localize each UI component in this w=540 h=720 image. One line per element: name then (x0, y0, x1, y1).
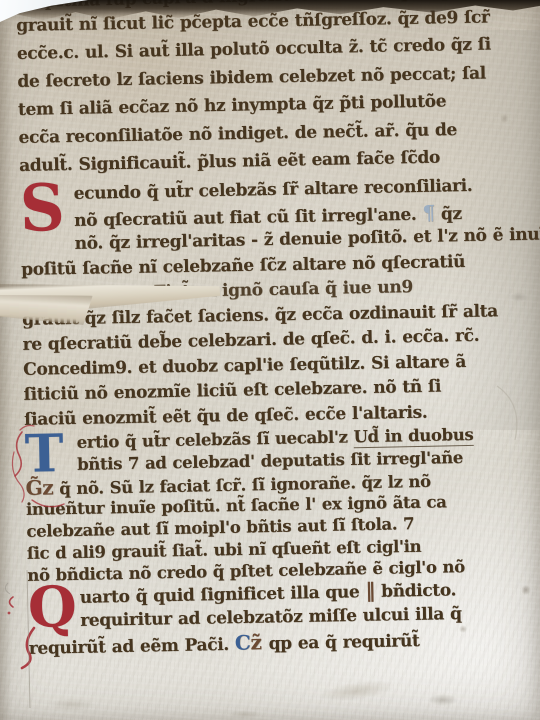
line-segment: requiritur ad celebzatõz miſſe ulcui ill… (80, 604, 462, 631)
line-segment: C (235, 630, 251, 654)
line-segment: de ſecreto lz ſaciens ibidem celebzet nõ… (17, 63, 486, 91)
stain (48, 698, 96, 711)
line-segment: ertio q̃ ut̃r celebzãs ſĩ uecabl'z (76, 427, 353, 452)
line-segment: ecc̃e.c. ul. Si aut̃ illa polutõ occulta… (17, 34, 491, 64)
line-segment: ecundo q̃ ut̃r celebzãs ſr̃ altare recon… (73, 176, 472, 204)
manuscript-photo: ſ pſtilla ſup̃ capl'a d ingreſſu eccl'ie… (0, 0, 540, 720)
manuscript-paragraph: grauit̃ nĩ ſicut lic̃ pc̃epta ecc̃e tñſg… (16, 3, 467, 180)
manuscript-text-block: grauit̃ nĩ ſicut lic̃ pc̃epta ecc̃e tñſg… (16, 3, 477, 660)
line-segment: G̃z (25, 475, 53, 500)
stain (317, 677, 397, 706)
stain (428, 694, 458, 706)
line-segment: ecc̃a reconſiliatõe nõ indiget. de nec̃t… (18, 120, 457, 148)
line-segment: adult̃. Significauit̃. p̃lus niã eẽt eam… (19, 148, 440, 176)
line-segment: Ud̃ in duobus (353, 425, 473, 448)
manuscript-paragraph: Quarto q̃ quid ſignificet illa que ‖ bñd… (28, 576, 477, 660)
line-segment: ¶ (422, 200, 435, 224)
line-segment: qp ea q̃ requirũt̃ (268, 631, 419, 654)
line-segment: z̃ (250, 630, 269, 654)
left-edge-shadow (0, 0, 12, 720)
top-fold-shadow (0, 12, 150, 22)
line-segment: bñdicto. (375, 580, 456, 602)
stain (521, 585, 531, 595)
line-segment: bñtis 7 ad celebzad' deputatis ſit irreg… (77, 448, 463, 474)
stain (228, 710, 262, 719)
line-segment: requirũt̃ ad eẽm Pac̃i. (29, 635, 236, 659)
line-segment: Concedim9. et duobz capl'ie ſeqũtilz. Si… (23, 352, 466, 380)
crumpled-parchment-patch (0, 290, 93, 325)
line-segment: q̃z (435, 204, 462, 224)
line-segment: tem ſi aliã ecc̃az nõ hz inympta q̃z p̃t… (18, 91, 447, 120)
manuscript-paragraph: Tertio q̃ ut̃r celebzãs ſĩ uecabl'z Ud̃ … (24, 424, 475, 587)
